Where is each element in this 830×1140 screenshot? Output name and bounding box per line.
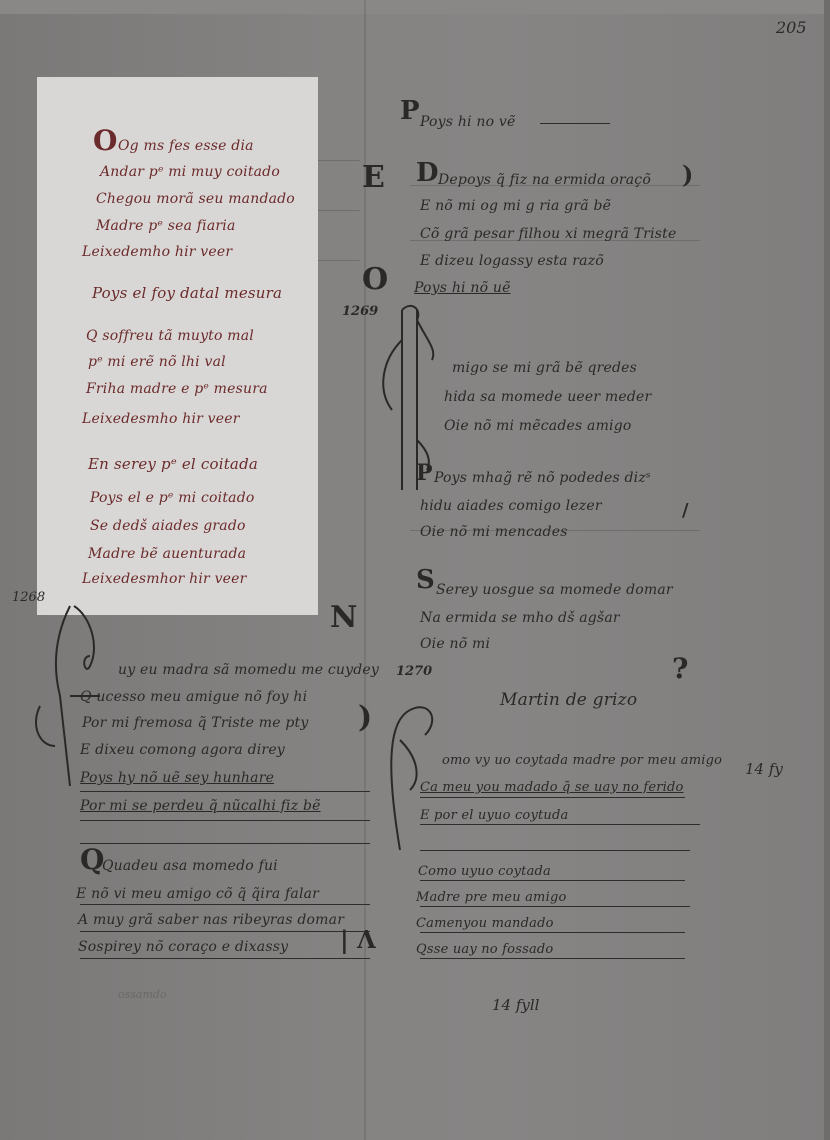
folio-number: 205 — [776, 18, 807, 37]
underline-rule — [420, 880, 685, 881]
verse-line: Na ermida se mho dš agšar — [420, 610, 620, 626]
underline-rule — [420, 824, 700, 825]
bracket-mark-icon: ) — [358, 700, 372, 735]
underline-rule — [420, 932, 685, 933]
verse-line: Ca meu you madado q̃ se uay no ferido — [420, 780, 684, 795]
margin-note-syllables: 14 fy — [745, 760, 783, 778]
verse-line-refrain: E por el uyuo coytuda — [420, 808, 568, 823]
highlighted-region — [37, 77, 318, 615]
verse-line: A muy grã saber nas ribeyras domar — [78, 912, 344, 928]
verse-line: En serey pᵉ el coitada — [88, 455, 258, 473]
underline-rule — [420, 958, 685, 959]
bracket-mark-icon: O — [362, 262, 388, 297]
verse-line: Camenyou mandado — [416, 916, 554, 931]
verse-line: Madre pᵉ sea fiaria — [96, 218, 236, 234]
question-mark-glyph-icon: ? — [672, 652, 688, 685]
verse-line-refrain: Leixedesmho hir veer — [82, 411, 240, 427]
verse-line-refrain: Por mi se perdeu q̃ nũcalhi fiz bẽ — [80, 798, 321, 814]
verse-line: E dizeu logassy esta razõ — [420, 253, 604, 269]
bracket-mark-icon: / — [682, 500, 689, 521]
underline-rule — [80, 791, 370, 792]
faint-show-through-text: ossamdo — [118, 988, 167, 1001]
drop-cap-initial: O — [93, 124, 117, 157]
verse-line: Madre pre meu amigo — [416, 890, 567, 905]
verse-line-refrain: Leixedesmhor hir veer — [82, 571, 247, 587]
underline-rule — [80, 931, 370, 932]
verse-line: Depoys q̃ fiz na ermida oraçõ — [420, 172, 651, 188]
verse-line: Poys mhag̃ rẽ nõ podedes dizˢ — [420, 470, 651, 486]
verse-line: hida sa momede ueer meder — [444, 389, 651, 405]
verse-line: Qsse uay no fossado — [416, 942, 553, 957]
verse-line: Se dedš aiades grado — [90, 518, 246, 534]
bracket-mark-icon: ) — [682, 160, 693, 189]
verse-line: Poys el foy datal mesura — [92, 284, 282, 302]
bracket-mark-icon: N — [330, 600, 357, 635]
verse-line: Chegou morã seu mandado — [96, 191, 295, 207]
verse-line-refrain: Poys hi nõ uẽ — [414, 280, 511, 296]
verse-line: Friha madre e pᵉ mesura — [86, 381, 268, 397]
underline-rule — [420, 797, 685, 798]
underline-rule — [80, 904, 370, 905]
verse-line: migo se mi grã bẽ qredes — [452, 360, 637, 376]
author-heading: Martin de grizo — [500, 690, 637, 710]
verse-line: E dixeu comong agora direy — [80, 742, 285, 758]
bracket-mark-icon: E — [362, 160, 385, 195]
underline-rule — [80, 843, 370, 844]
verse-line: Madre bẽ auenturada — [88, 546, 246, 562]
verse-line: Quadeu asa momedo fui — [80, 858, 278, 874]
verse-line-refrain: Leixedemho hir veer — [82, 244, 232, 260]
verse-line: Q ucesso meu amigue nõ foy hi — [80, 689, 307, 705]
page-right-edge — [824, 0, 830, 1140]
drop-cap-initial: P — [400, 96, 420, 126]
verse-line-refrain: Oie nõ mi — [420, 636, 490, 652]
underline-rule — [420, 850, 690, 851]
verse-line: E nõ mi og mi g ria grã bẽ — [420, 198, 611, 214]
verse-line-refrain: Oie nõ mi mencades — [420, 524, 568, 540]
verse-line: Q soffreu tã muyto mal — [86, 328, 254, 344]
underline-rule — [80, 958, 370, 959]
verse-line: Andar pᵉ mi muy coitado — [100, 164, 280, 180]
verse-line: Cõ grã pesar filhou xi megrã Triste — [420, 226, 676, 242]
verse-line: Poys el e pᵉ mi coitado — [90, 490, 255, 506]
verse-line: hidu aiades comigo lezer — [420, 498, 602, 514]
bracket-mark-icon: | Λ — [340, 925, 376, 954]
verse-line: Sospirey nõ coraço e dixassy — [78, 939, 288, 955]
dash-rule — [540, 123, 610, 124]
refrain-heading: Poys hi no vẽ — [420, 114, 515, 130]
underline-rule — [420, 906, 690, 907]
underline-rule — [80, 820, 370, 821]
manuscript-page: 205 O Og ms fes esse dia Andar pᵉ mi muy… — [0, 0, 830, 1140]
page-top-edge — [0, 0, 830, 14]
verse-line: Como uyuo coytada — [418, 864, 551, 879]
margin-number: 1270 — [396, 664, 432, 679]
verse-line-refrain: Poys hy nõ uẽ sey hunhare — [80, 770, 274, 786]
verse-line: Oie nõ mi mẽcades amigo — [444, 418, 632, 434]
verse-line: pᵉ mi erẽ nõ lhi val — [88, 354, 226, 370]
verse-line: Por mi fremosa q̃ Triste me pty — [82, 715, 308, 731]
verse-line: omo vy uo coytada madre por meu amigo — [442, 753, 722, 768]
bottom-note-syllables: 14 fyll — [492, 996, 539, 1014]
verse-line: uy eu madra sã momedu me cuydey — [118, 662, 379, 678]
verse-line: E nõ vi meu amigo cõ q̃ q̃ira falar — [76, 886, 319, 902]
verse-line: Serey uosgue sa momede domar — [420, 582, 673, 598]
verse-line: Og ms fes esse dia — [118, 138, 254, 154]
